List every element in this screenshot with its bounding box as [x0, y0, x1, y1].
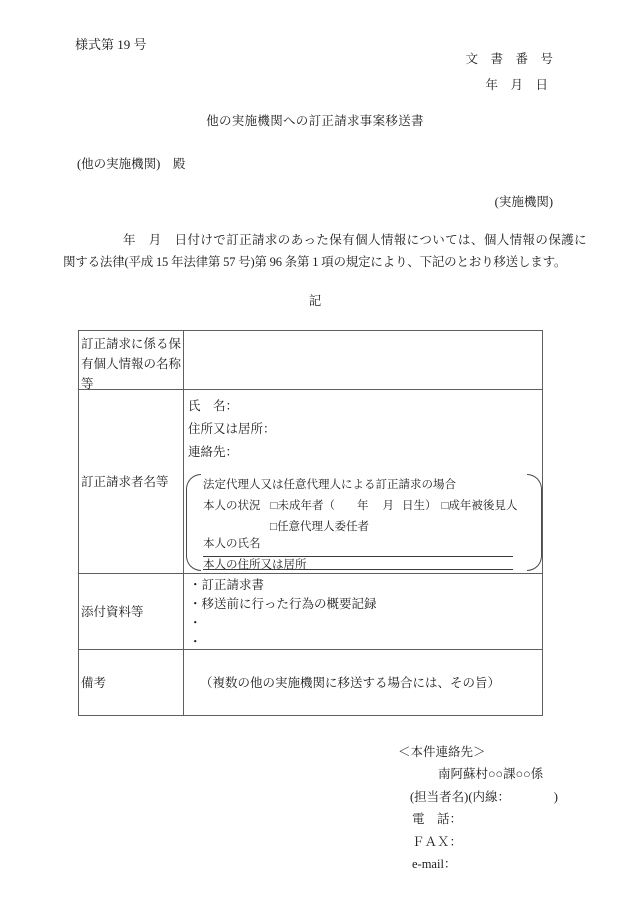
transfer-details-table: 訂正請求に係る保有個人情報の名称等 訂正請求者名等 氏 名： 住所又は居所： 連… — [78, 330, 543, 716]
requester-fields: 氏 名： 住所又は居所： 連絡先： — [188, 395, 276, 464]
left-bracket-shape — [186, 474, 201, 571]
contact-email-label: e-mail： — [412, 853, 558, 875]
table-row-requester: 訂正請求者名等 氏 名： 住所又は居所： 連絡先： 法定代理人又は任意代理人によ… — [79, 390, 542, 574]
attachment-item: ・移送前に行った行為の概要記録 — [189, 595, 377, 614]
principal-address-underline-field: 本人の住所又は居所 — [203, 558, 513, 570]
birth-year-label: 年 — [357, 499, 369, 515]
name-field-label: 氏 名： — [188, 395, 276, 418]
remarks-note: （複数の他の実施機関に移送する場合には、その旨） — [200, 650, 500, 716]
table-row-information-name: 訂正請求に係る保有個人情報の名称等 — [79, 331, 542, 390]
date-line: 年 月 日 — [465, 77, 553, 94]
row3-content-cell: ・訂正請求書 ・移送前に行った行為の概要記録 ・ ・ — [184, 574, 542, 649]
status-label: 本人の状況 — [203, 499, 261, 515]
document-page: { "doc": { "form_no": "様式第 19 号", "doc_n… — [0, 0, 630, 903]
contact-header: ＜本件連絡先＞ — [398, 741, 558, 763]
ki-mark: 記 — [0, 293, 630, 310]
principal-status-line: 本人の状況 □未成年者（ 年 月 日生） □成年被後見人 — [203, 499, 517, 515]
minor-checkbox: □未成年者（ — [271, 499, 335, 515]
address-field-label: 住所又は居所： — [188, 418, 276, 441]
principal-name-underline-field: 本人の氏名 — [203, 537, 513, 557]
proxy-request-section: 法定代理人又は任意代理人による訂正請求の場合 本人の状況 □未成年者（ 年 月 … — [186, 474, 542, 571]
row4-label-cell: 備考 — [79, 650, 184, 716]
row3-label-cell: 添付資料等 — [79, 574, 184, 649]
birth-month-label: 月 — [382, 499, 394, 515]
attachment-list: ・訂正請求書 ・移送前に行った行為の概要記録 ・ ・ — [189, 576, 377, 652]
attachment-item: ・訂正請求書 — [189, 576, 377, 595]
contact-fax-label: ＦＡＸ： — [412, 831, 558, 853]
proxy-case-label: 法定代理人又は任意代理人による訂正請求の場合 — [203, 478, 456, 494]
addressee-line: (他の実施機関) 殿 — [77, 156, 185, 173]
header-right-block: 文 書 番 号 年 月 日 — [465, 51, 553, 94]
body-line-1: 年 月 日付けで訂正請求のあった保有個人情報については、個人情報の保護に — [63, 232, 555, 249]
attachment-item: ・ — [189, 614, 377, 633]
row1-label: 訂正請求に係る保有個人情報の名称等 — [81, 334, 181, 386]
body-line-2: 関する法律(平成 15 年法律第 57 号)第 96 条第 1 項の規定により、… — [63, 254, 555, 271]
birth-day-label: 日生） — [402, 499, 437, 515]
row2-label: 訂正請求者名等 — [81, 472, 169, 492]
contact-field-label: 連絡先： — [188, 441, 276, 464]
row4-content-cell: （複数の他の実施機関に移送する場合には、その旨） — [184, 650, 542, 716]
form-number: 様式第 19 号 — [75, 36, 147, 54]
contact-block: ＜本件連絡先＞ 南阿蘇村○○課○○係 (担当者名)(内線： ) 電 話： ＦＡＸ… — [398, 741, 558, 875]
row3-label: 添付資料等 — [81, 602, 144, 622]
row1-label-cell: 訂正請求に係る保有個人情報の名称等 — [79, 331, 184, 389]
contact-tel-label: 電 話： — [412, 808, 558, 830]
body-paragraph: 年 月 日付けで訂正請求のあった保有個人情報については、個人情報の保護に 関する… — [63, 232, 555, 271]
row4-label: 備考 — [81, 673, 106, 693]
row2-content-cell: 氏 名： 住所又は居所： 連絡先： 法定代理人又は任意代理人による訂正請求の場合… — [184, 390, 542, 573]
contact-office: 南阿蘇村○○課○○係 — [438, 763, 558, 785]
row1-value-cell — [184, 331, 542, 389]
table-row-attachments: 添付資料等 ・訂正請求書 ・移送前に行った行為の概要記録 ・ ・ — [79, 574, 542, 650]
right-bracket-shape — [527, 474, 542, 571]
row2-label-cell: 訂正請求者名等 — [79, 390, 184, 573]
voluntary-agent-checkbox: □任意代理人委任者 — [270, 520, 369, 536]
page-title: 他の実施機関への訂正請求事案移送書 — [0, 113, 630, 130]
adult-ward-checkbox: □成年被後見人 — [441, 499, 517, 515]
document-number-label: 文 書 番 号 — [465, 51, 553, 68]
table-row-remarks: 備考 （複数の他の実施機関に移送する場合には、その旨） — [79, 650, 542, 716]
issuer-line: (実施機関) — [495, 194, 553, 211]
contact-person-line: (担当者名)(内線： ) — [410, 786, 558, 808]
